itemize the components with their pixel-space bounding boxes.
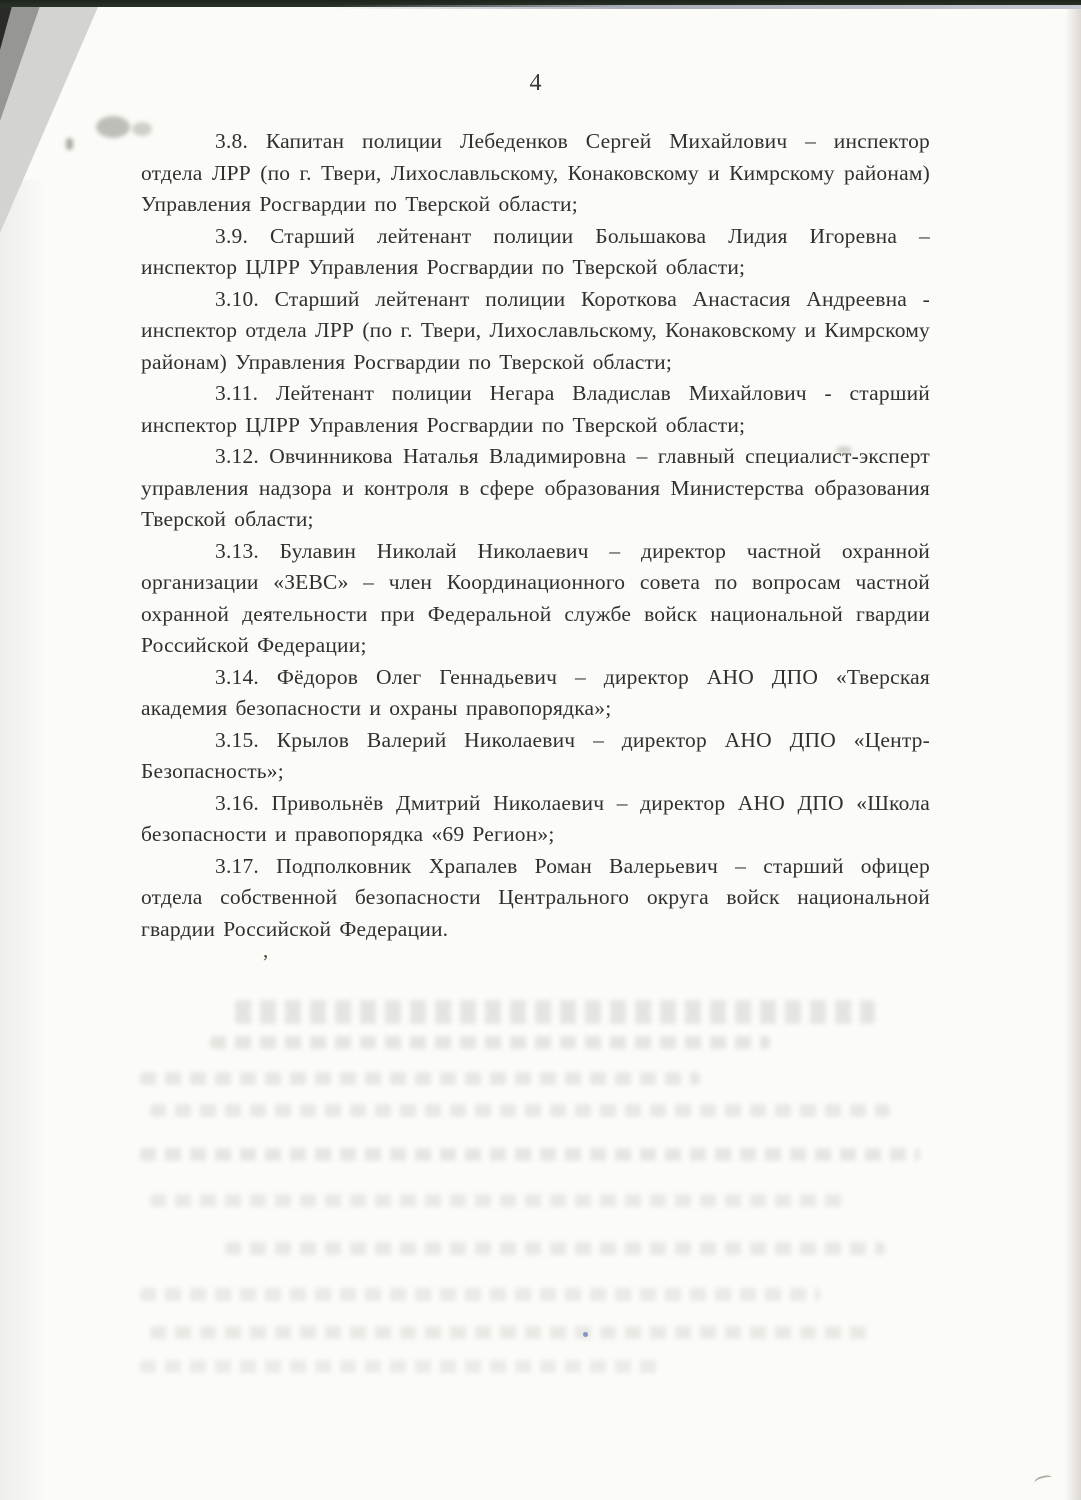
dirt-smudge xyxy=(132,122,152,136)
paragraph-3-15: 3.15. Крылов Валерий Николаевич – директ… xyxy=(141,725,930,788)
bleedthrough-line xyxy=(235,1000,875,1024)
bleedthrough-line xyxy=(150,1104,890,1117)
dirt-smudge xyxy=(66,138,73,150)
paragraph-3-12: 3.12. Овчинникова Наталья Владимировна –… xyxy=(141,441,930,536)
paper-right-edge-shadow xyxy=(1065,4,1081,1500)
bleedthrough-line xyxy=(150,1326,870,1339)
page-number: 4 xyxy=(141,70,930,97)
dirt-smudge xyxy=(96,116,130,138)
paragraph-3-17: 3.17. Подполковник Храпалев Роман Валерь… xyxy=(141,851,930,946)
paragraph-3-14: 3.14. Фёдоров Олег Геннадьевич – директо… xyxy=(141,662,930,725)
scanned-document-page: 4 3.8. Капитан полиции Лебеденков Сергей… xyxy=(0,0,1081,1500)
paragraph-3-11: 3.11. Лейтенант полиции Негара Владислав… xyxy=(141,378,930,441)
paragraph-3-10: 3.10. Старший лейтенант полиции Коротков… xyxy=(141,284,930,379)
document-body: 3.8. Капитан полиции Лебеденков Сергей М… xyxy=(141,126,930,945)
ink-speck xyxy=(583,1332,588,1337)
paragraph-3-16: 3.16. Привольнёв Дмитрий Николаевич – ди… xyxy=(141,788,930,851)
bleedthrough-line xyxy=(225,1242,885,1255)
stray-comma-artifact: , xyxy=(263,938,268,963)
bleedthrough-line xyxy=(140,1072,700,1085)
paragraph-3-8: 3.8. Капитан полиции Лебеденков Сергей М… xyxy=(141,126,930,221)
dirt-smudge xyxy=(836,446,852,454)
bleedthrough-line xyxy=(150,1194,850,1207)
bleedthrough-line xyxy=(210,1036,770,1049)
paragraph-3-13: 3.13. Булавин Николай Николаевич – дирек… xyxy=(141,536,930,662)
paper-left-shadow xyxy=(0,180,46,1500)
paragraph-3-9: 3.9. Старший лейтенант полиции Большаков… xyxy=(141,221,930,284)
bleedthrough-line xyxy=(140,1288,820,1301)
bleedthrough-line xyxy=(140,1360,660,1373)
paper-top-edge-line xyxy=(330,5,1081,9)
bleedthrough-line xyxy=(140,1148,920,1161)
